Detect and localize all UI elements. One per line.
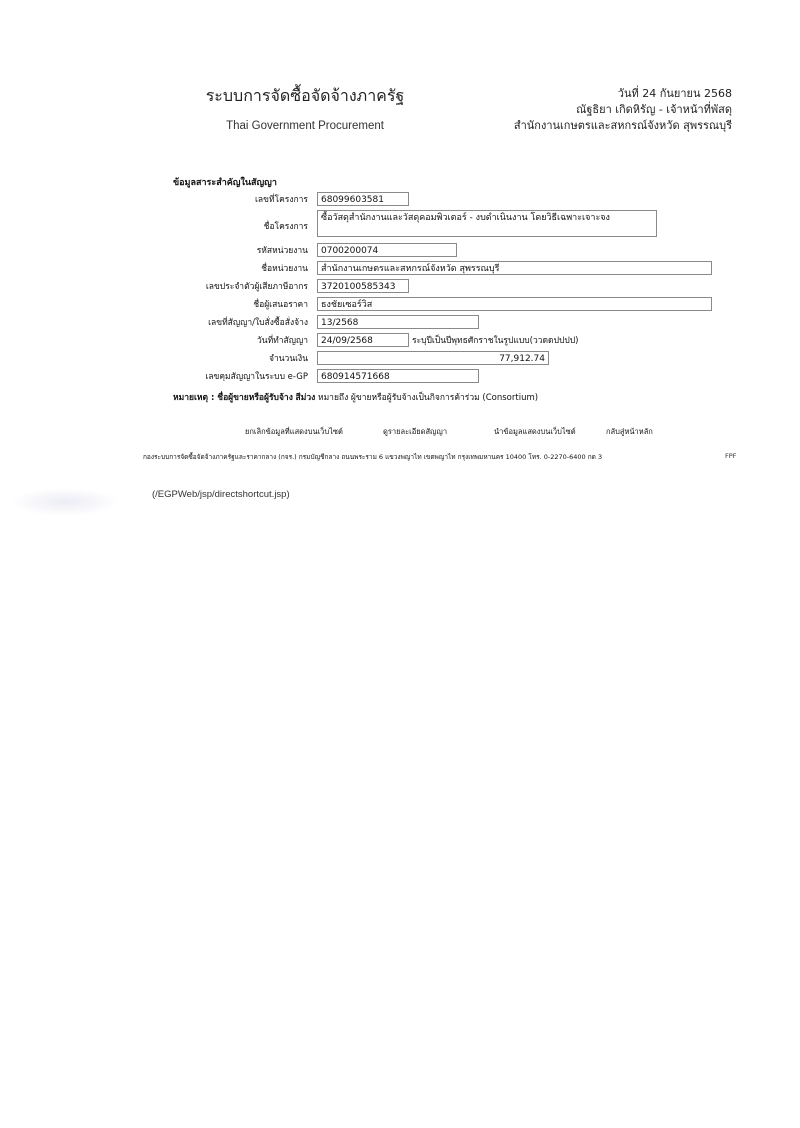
row-agency-code: รหัสหน่วยงาน 0700200074 — [160, 243, 457, 257]
row-tax-id: เลขประจำตัวผู้เสียภาษีอากร 3720100585343 — [160, 279, 409, 293]
cancel-display-link[interactable]: ยกเลิกข้อมูลที่แสดงบนเว็บไซต์ — [245, 426, 343, 438]
publish-to-website-link[interactable]: นำข้อมูลแสดงบนเว็บไซต์ — [494, 426, 576, 438]
system-title-english: Thai Government Procurement — [200, 120, 410, 132]
row-bidder-name: ชื่อผู้เสนอราคา ธงชัยเซอร์วิส — [160, 297, 712, 311]
user-name-role: ณัฐธิยา เกิดหิรัญ - เจ้าหน้าที่พัสดุ — [514, 102, 732, 118]
project-name-label: ชื่อโครงการ — [160, 210, 317, 233]
note-suffix: หมายถึง ผู้ขายหรือผู้รับจ้างเป็นกิจการค้… — [318, 393, 538, 403]
system-title-thai: ระบบการจัดซื้อจัดจ้างภาครัฐ — [200, 84, 410, 109]
scan-artifact — [10, 488, 120, 516]
back-to-home-link[interactable]: กลับสู่หน้าหลัก — [606, 426, 653, 438]
row-project-no: เลขที่โครงการ 68099603581 — [160, 192, 409, 206]
bidder-name-field[interactable]: ธงชัยเซอร์วิส — [317, 297, 712, 311]
contract-no-field[interactable]: 13/2568 — [317, 315, 479, 329]
consortium-note: หมายเหตุ : ชื่อผู้ขายหรือผู้รับจ้าง สีม่… — [173, 390, 538, 404]
tax-id-field[interactable]: 3720100585343 — [317, 279, 409, 293]
row-project-name: ชื่อโครงการ ซื้อวัสดุสำนักงานและวัสดุคอม… — [160, 210, 657, 237]
agency-name-field[interactable]: สำนักงานเกษตรและสหกรณ์จังหวัด สุพรรณบุรี — [317, 261, 712, 275]
row-contract-no: เลขที่สัญญา/ใบสั่งซื้อสั่งจ้าง 13/2568 — [160, 315, 479, 329]
agency-code-field[interactable]: 0700200074 — [317, 243, 457, 257]
contract-no-label: เลขที่สัญญา/ใบสั่งซื้อสั่งจ้าง — [160, 315, 317, 329]
user-agency: สำนักงานเกษตรและสหกรณ์จังหวัด สุพรรณบุรี — [514, 118, 732, 134]
footer-address: กองระบบการจัดซื้อจัดจ้างภาครัฐและราคากลา… — [143, 452, 602, 462]
agency-name-label: ชื่อหน่วยงาน — [160, 261, 317, 275]
row-amount: จำนวนเงิน 77,912.74 — [160, 351, 549, 365]
project-name-field[interactable]: ซื้อวัสดุสำนักงานและวัสดุคอมพิวเตอร์ - ง… — [317, 210, 657, 237]
current-date: วันที่ 24 กันยายน 2568 — [514, 86, 732, 102]
tax-id-label: เลขประจำตัวผู้เสียภาษีอากร — [160, 279, 317, 293]
contract-date-format-hint: ระบุปีเป็นปีพุทธศักราชในรูปแบบ(ววดดปปปป) — [412, 333, 578, 347]
row-contract-date: วันที่ทำสัญญา 24/09/2568 ระบุปีเป็นปีพุท… — [160, 333, 578, 347]
row-agency-name: ชื่อหน่วยงาน สำนักงานเกษตรและสหกรณ์จังหว… — [160, 261, 712, 275]
system-header: ระบบการจัดซื้อจัดจ้างภาครัฐ Thai Governm… — [200, 84, 410, 132]
row-egp-contract-no: เลขคุมสัญญาในระบบ e-GP 680914571668 — [160, 369, 479, 383]
view-contract-details-link[interactable]: ดูรายละเอียดสัญญา — [383, 426, 447, 438]
egp-contract-no-label: เลขคุมสัญญาในระบบ e-GP — [160, 369, 317, 383]
egp-contract-no-field[interactable]: 680914571668 — [317, 369, 479, 383]
amount-label: จำนวนเงิน — [160, 351, 317, 365]
bidder-name-label: ชื่อผู้เสนอราคา — [160, 297, 317, 311]
amount-field[interactable]: 77,912.74 — [317, 351, 549, 365]
page-path: (/EGPWeb/jsp/directshortcut.jsp) — [152, 489, 290, 500]
section-title: ข้อมูลสาระสำคัญในสัญญา — [173, 175, 277, 189]
footer-code: FPF — [725, 452, 736, 460]
project-no-field[interactable]: 68099603581 — [317, 192, 409, 206]
note-prefix: หมายเหตุ : ชื่อผู้ขายหรือผู้รับจ้าง — [173, 393, 293, 403]
user-info: วันที่ 24 กันยายน 2568 ณัฐธิยา เกิดหิรัญ… — [514, 86, 732, 134]
contract-date-label: วันที่ทำสัญญา — [160, 333, 317, 347]
project-no-label: เลขที่โครงการ — [160, 192, 317, 206]
agency-code-label: รหัสหน่วยงาน — [160, 243, 317, 257]
contract-date-field[interactable]: 24/09/2568 — [317, 333, 409, 347]
note-highlight: สีม่วง — [296, 393, 316, 403]
